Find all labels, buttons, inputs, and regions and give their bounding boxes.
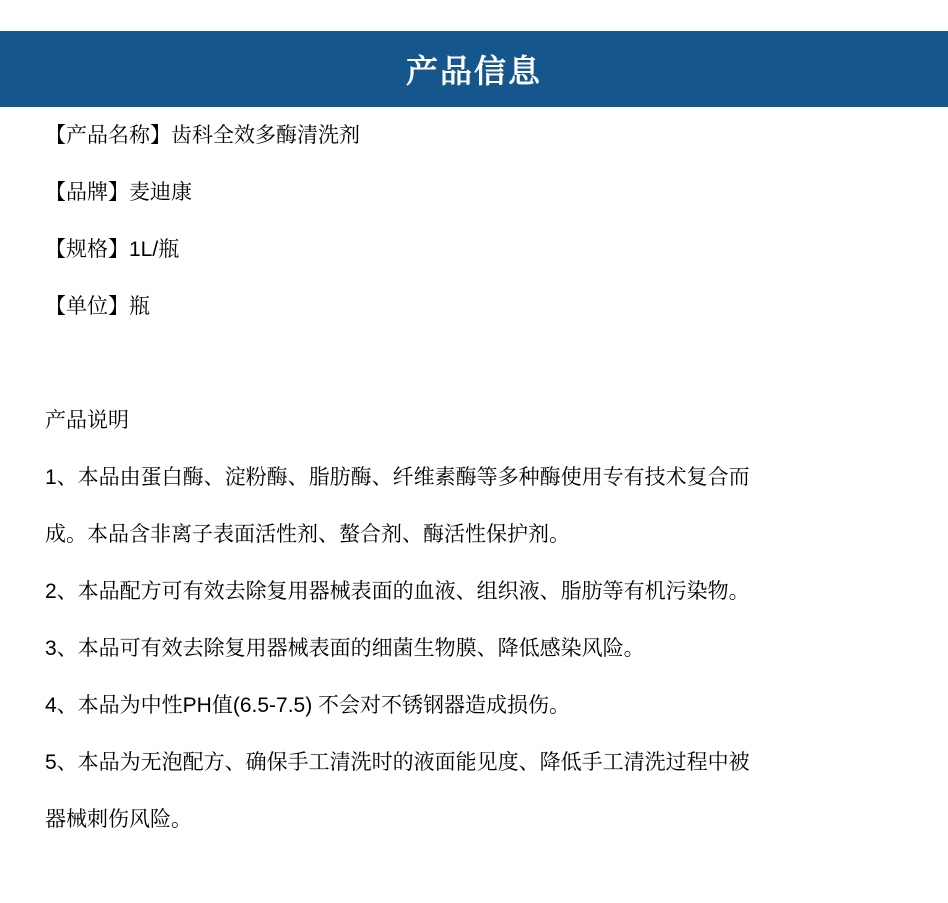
content-area: 【产品名称】齿科全效多酶清洗剂 【品牌】麦迪康 【规格】1L/瓶 【单位】瓶 产… <box>0 107 948 848</box>
page-header: 产品信息 <box>0 31 948 107</box>
description-item-2: 2、本品配方可有效去除复用器械表面的血液、组织液、脂肪等有机污染物。 <box>45 563 908 620</box>
description-item-3: 3、本品可有效去除复用器械表面的细菌生物膜、降低感染风险。 <box>45 620 908 677</box>
description-item-1: 1、本品由蛋白酶、淀粉酶、脂肪酶、纤维素酶等多种酶使用专有技术复合而 成。本品含… <box>45 449 908 563</box>
description-heading: 产品说明 <box>45 392 908 449</box>
product-field-spec: 【规格】1L/瓶 <box>45 221 908 278</box>
description-item-5: 5、本品为无泡配方、确保手工清洗时的液面能见度、降低手工清洗过程中被 器械刺伤风… <box>45 734 908 848</box>
product-field-brand: 【品牌】麦迪康 <box>45 164 908 221</box>
product-field-name: 【产品名称】齿科全效多酶清洗剂 <box>45 107 908 164</box>
page-title: 产品信息 <box>406 46 542 92</box>
description-item-4: 4、本品为中性PH值(6.5-7.5) 不会对不锈钢器造成损伤。 <box>45 677 908 734</box>
product-field-unit: 【单位】瓶 <box>45 278 908 335</box>
product-info-page: 产品信息 【产品名称】齿科全效多酶清洗剂 【品牌】麦迪康 【规格】1L/瓶 【单… <box>0 0 948 903</box>
